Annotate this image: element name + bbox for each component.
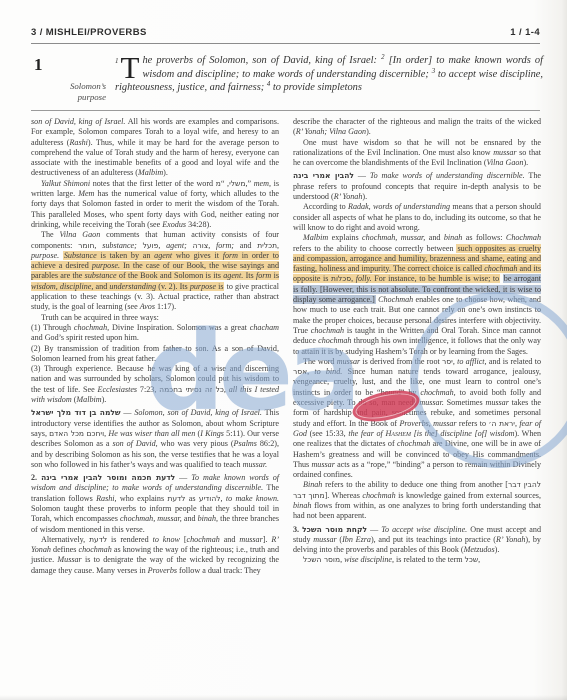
margin-note: Solomon’s purpose: [22, 81, 106, 102]
verse-dropcap: T: [121, 54, 143, 80]
commentary-paragraph: 2. לדעת חכמה ומוסר להבין אמרי בינה — To …: [31, 473, 279, 535]
verse-divider-rule: [31, 110, 540, 111]
commentary-paragraph: Truth can be acquired in three ways:: [31, 313, 279, 323]
header-chapter-verse: 1 / 1-4: [510, 27, 540, 38]
commentary-paragraph: שלמה בן דוד מלך ישראל — Solomon, son of …: [31, 408, 279, 470]
commentary-paragraph: Alternatively, לדעת is rendered to know …: [31, 535, 279, 576]
commentary-paragraph: Malbim explains chochmah, mussar, and bi…: [293, 233, 541, 357]
book-page: 3 / MISHLEI/PROVERBS 1 / 1-4 1 Solomon’s…: [0, 0, 567, 700]
page-edge-shadow: [0, 695, 567, 700]
commentary-paragraph: The word mussar is derived from the root…: [293, 357, 541, 481]
commentary-column-right: describe the character of the righteous …: [293, 117, 541, 576]
commentary-paragraph: son of David, king of Israel. All his wo…: [31, 117, 279, 179]
commentary-paragraph: One must have wisdom so that he will not…: [293, 138, 541, 169]
margin-note-line: purpose: [78, 92, 106, 102]
commentary-paragraph: להבין אמרי בינה — To make words of under…: [293, 171, 541, 202]
verse-text: he proverbs of Solomon, son of David, ki…: [115, 55, 543, 93]
verse-number: 1: [115, 55, 119, 69]
verse-translation: 1 T he proverbs of Solomon, son of David…: [115, 54, 543, 95]
commentary-paragraph: 3. לקחת מוסר השכל — To accept wise disci…: [293, 525, 541, 556]
commentary-paragraph: (2) By transmission of tradition from fa…: [31, 344, 279, 365]
commentary-paragraph: According to Radak, words of understandi…: [293, 202, 541, 233]
commentary-paragraph: describe the character of the righteous …: [293, 117, 541, 138]
commentary: son of David, king of Israel. All his wo…: [31, 117, 541, 576]
commentary-paragraph: מוסר השכל, wise discipline, is related t…: [293, 555, 541, 565]
header-book-title: 3 / MISHLEI/PROVERBS: [31, 27, 147, 38]
commentary-paragraph: Binah refers to the ability to deduce on…: [293, 480, 541, 521]
margin-note-line: Solomon’s: [70, 81, 106, 91]
header-rule: [31, 43, 540, 44]
page-header: 3 / MISHLEI/PROVERBS 1 / 1-4: [31, 27, 540, 38]
commentary-paragraph: (3) Through experience. Because he was k…: [31, 364, 279, 405]
commentary-paragraph: (1) Through chochmah, Divine Inspiration…: [31, 323, 279, 344]
chapter-number: 1: [34, 55, 43, 75]
commentary-column-left: son of David, king of Israel. All his wo…: [31, 117, 279, 576]
commentary-paragraph: The Vilna Gaon comments that human activ…: [31, 230, 279, 312]
commentary-paragraph: Yalkut Shimoni notes that the first lett…: [31, 179, 279, 230]
